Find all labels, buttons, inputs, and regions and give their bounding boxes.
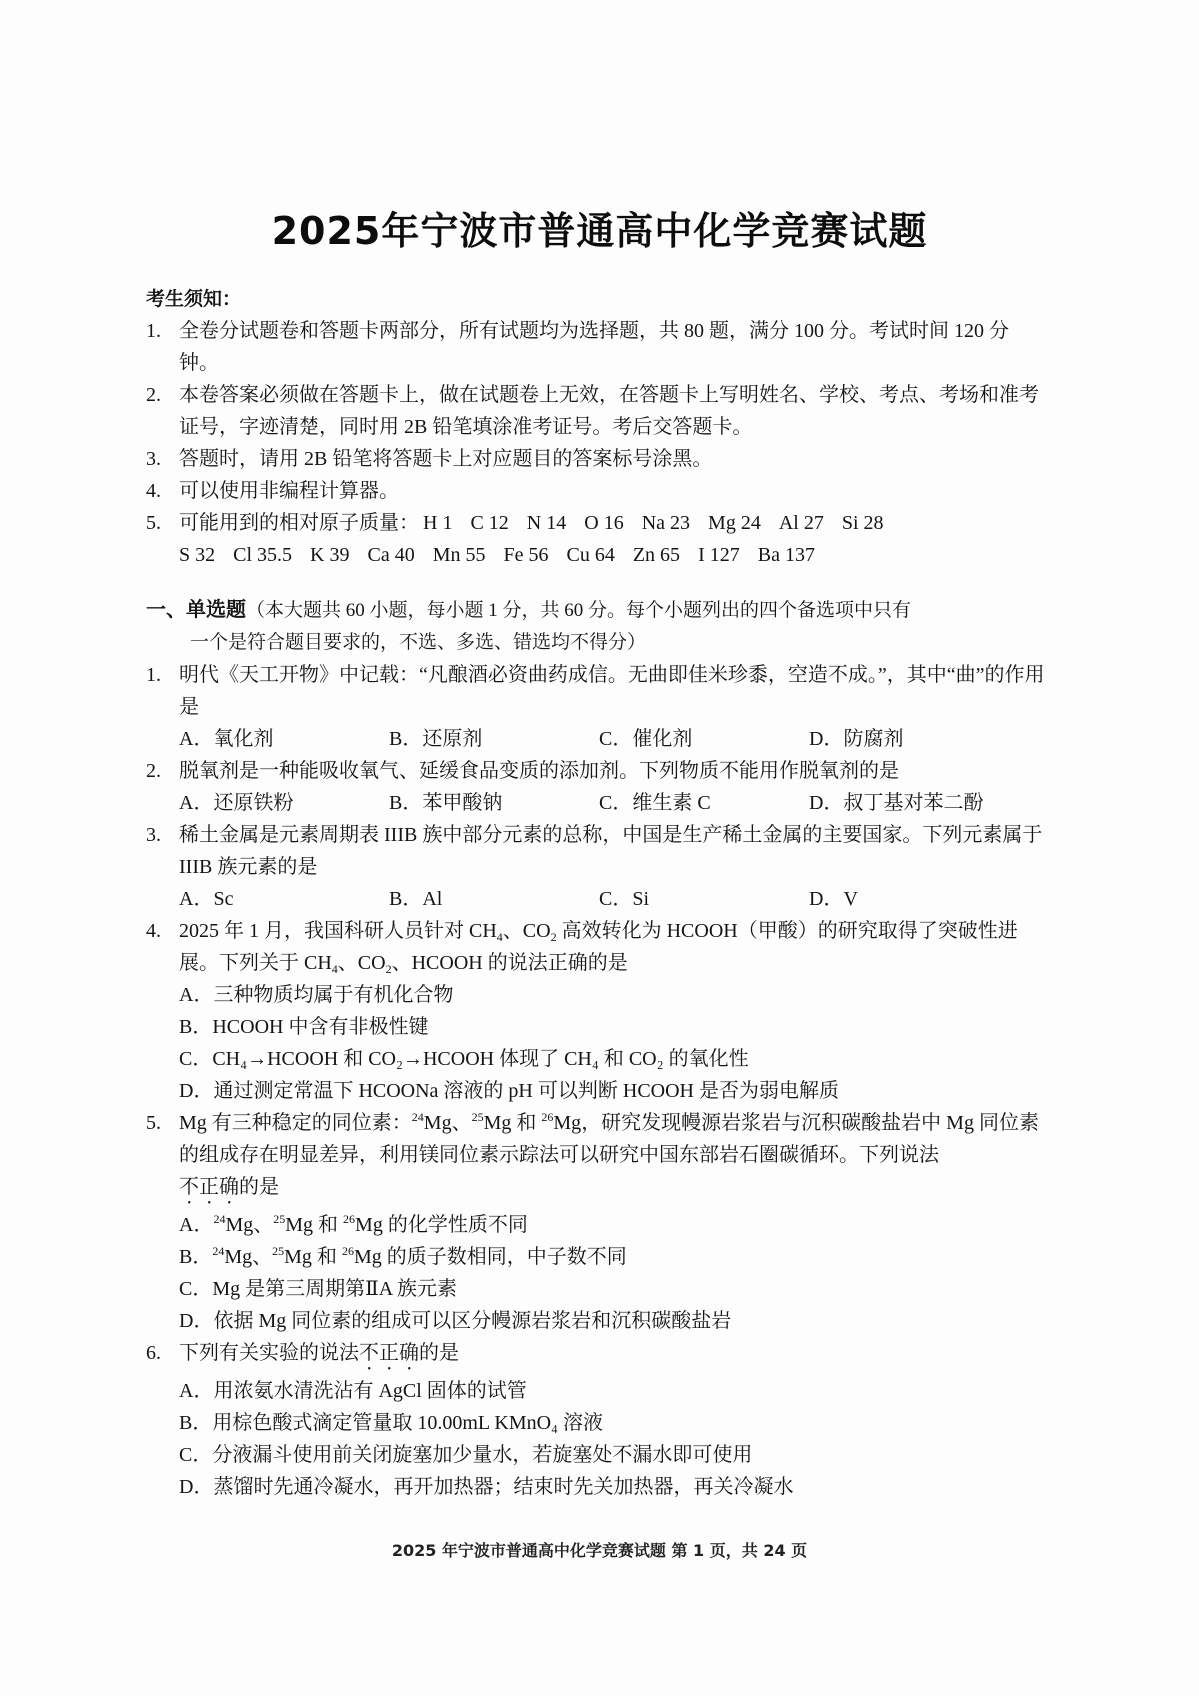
page-title: 2025年宁波市普通高中化学竞赛试题 (0, 200, 1199, 255)
option-c: C．分液漏斗使用前关闭旋塞加少量水，若旋塞处不漏水即可使用 (146, 1439, 1046, 1471)
option-b: B．苯甲酸钠 (389, 787, 599, 819)
question-2: 2. 脱氧剂是一种能吸收氧气、延缓食品变质的添加剂。下列物质不能用作脱氧剂的是 (146, 755, 1046, 787)
atomic-masses: 5. 可能用到的相对原子质量：H 1C 12N 14O 16Na 23Mg 24… (146, 507, 1046, 539)
option-a: A．氧化剂 (179, 723, 389, 755)
section-heading: 一、单选题（本大题共 60 小题，每小题 1 分，共 60 分。每个小题列出的四… (146, 593, 1046, 659)
option-a: A．Sc (179, 883, 389, 915)
question-stem: 2025 年 1 月，我国科研人员针对 CH4、CO2 高效转化为 HCOOH（… (179, 920, 1018, 974)
option-c: C．Mg 是第三周期第ⅡA 族元素 (146, 1273, 1046, 1305)
question-6: 6. 下列有关实验的说法不正确的是 (146, 1337, 1046, 1375)
question-stem: Mg 有三种稳定的同位素：24Mg、25Mg 和 26Mg，研究发现幔源岩浆岩与… (179, 1112, 1039, 1198)
option-d: D．依据 Mg 同位素的组成可以区分幔源岩浆岩和沉积碳酸盐岩 (146, 1305, 1046, 1337)
option-b: B．Al (389, 883, 599, 915)
question-2-options: A．还原铁粉 B．苯甲酸钠 C．维生素 C D．叔丁基对苯二酚 (146, 787, 1046, 819)
notice-item: 2. 本卷答案必须做在答题卡上，做在试题卷上无效，在答题卡上写明姓名、学校、考点… (146, 379, 1046, 443)
question-stem: 下列有关实验的说法不正确的是 (179, 1342, 459, 1364)
option-a: A．还原铁粉 (179, 787, 389, 819)
option-b: B．24Mg、25Mg 和 26Mg 的质子数相同，中子数不同 (146, 1241, 1046, 1273)
option-c: C．催化剂 (599, 723, 809, 755)
notice-item: 1. 全卷分试题卷和答题卡两部分，所有试题均为选择题，共 80 题，满分 100… (146, 315, 1046, 379)
question-5: 5. Mg 有三种稳定的同位素：24Mg、25Mg 和 26Mg，研究发现幔源岩… (146, 1107, 1046, 1209)
notice-item: 4. 可以使用非编程计算器。 (146, 475, 1046, 507)
page-content: 考生须知： 1. 全卷分试题卷和答题卡两部分，所有试题均为选择题，共 80 题，… (146, 283, 1046, 1503)
notice-item: 3. 答题时，请用 2B 铅笔将答题卡上对应题目的答案标号涂黑。 (146, 443, 1046, 475)
option-c: C．维生素 C (599, 787, 809, 819)
option-a: A．用浓氨水清洗沾有 AgCl 固体的试管 (146, 1375, 1046, 1407)
option-d: D．蒸馏时先通冷凝水，再开加热器；结束时先关加热器，再关冷凝水 (146, 1471, 1046, 1503)
question-stem: 脱氧剂是一种能吸收氧气、延缓食品变质的添加剂。下列物质不能用作脱氧剂的是 (179, 760, 899, 782)
question-stem: 稀土金属是元素周期表 IIIB 族中部分元素的总称，中国是生产稀土金属的主要国家… (179, 824, 1042, 878)
option-d: D．防腐剂 (809, 723, 1019, 755)
question-4: 4. 2025 年 1 月，我国科研人员针对 CH4、CO2 高效转化为 HCO… (146, 915, 1046, 979)
page-footer: 2025 年宁波市普通高中化学竞赛试题 第 1 页，共 24 页 (0, 1538, 1199, 1561)
exam-page: 2025年宁波市普通高中化学竞赛试题 考生须知： 1. 全卷分试题卷和答题卡两部… (0, 0, 1199, 1696)
emphasis-text: 不正确 (359, 1342, 419, 1364)
option-c: C．CH₄→HCOOH 和 CO₂→HCOOH 体现了 CH₄ 和 CO₂ 的氧… (146, 1043, 1046, 1075)
option-b: B．还原剂 (389, 723, 599, 755)
option-b: B．用棕色酸式滴定管量取 10.00mL KMnO₄ 溶液 (146, 1407, 1046, 1439)
option-a: A．三种物质均属于有机化合物 (146, 979, 1046, 1011)
question-1: 1. 明代《天工开物》中记载：“凡酿酒必资曲药成信。无曲即佳米珍黍，空造不成。”… (146, 659, 1046, 723)
option-a: A．24Mg、25Mg 和 26Mg 的化学性质不同 (146, 1209, 1046, 1241)
question-1-options: A．氧化剂 B．还原剂 C．催化剂 D．防腐剂 (146, 723, 1046, 755)
option-c: C．Si (599, 883, 809, 915)
question-3-options: A．Sc B．Al C．Si D．V (146, 883, 1046, 915)
option-b: B．HCOOH 中含有非极性键 (146, 1011, 1046, 1043)
notice-heading: 考生须知： (146, 283, 1046, 315)
option-d: D．叔丁基对苯二酚 (809, 787, 1019, 819)
question-3: 3. 稀土金属是元素周期表 IIIB 族中部分元素的总称，中国是生产稀土金属的主… (146, 819, 1046, 883)
question-stem: 明代《天工开物》中记载：“凡酿酒必资曲药成信。无曲即佳米珍黍，空造不成。”，其中… (179, 664, 1045, 718)
emphasis-text: 不正确 (179, 1176, 239, 1198)
option-d: D．V (809, 883, 1019, 915)
atomic-masses-row2: S 32Cl 35.5K 39Ca 40Mn 55Fe 56Cu 64Zn 65… (146, 539, 1046, 571)
option-d: D．通过测定常温下 HCOONa 溶液的 pH 可以判断 HCOOH 是否为弱电… (146, 1075, 1046, 1107)
